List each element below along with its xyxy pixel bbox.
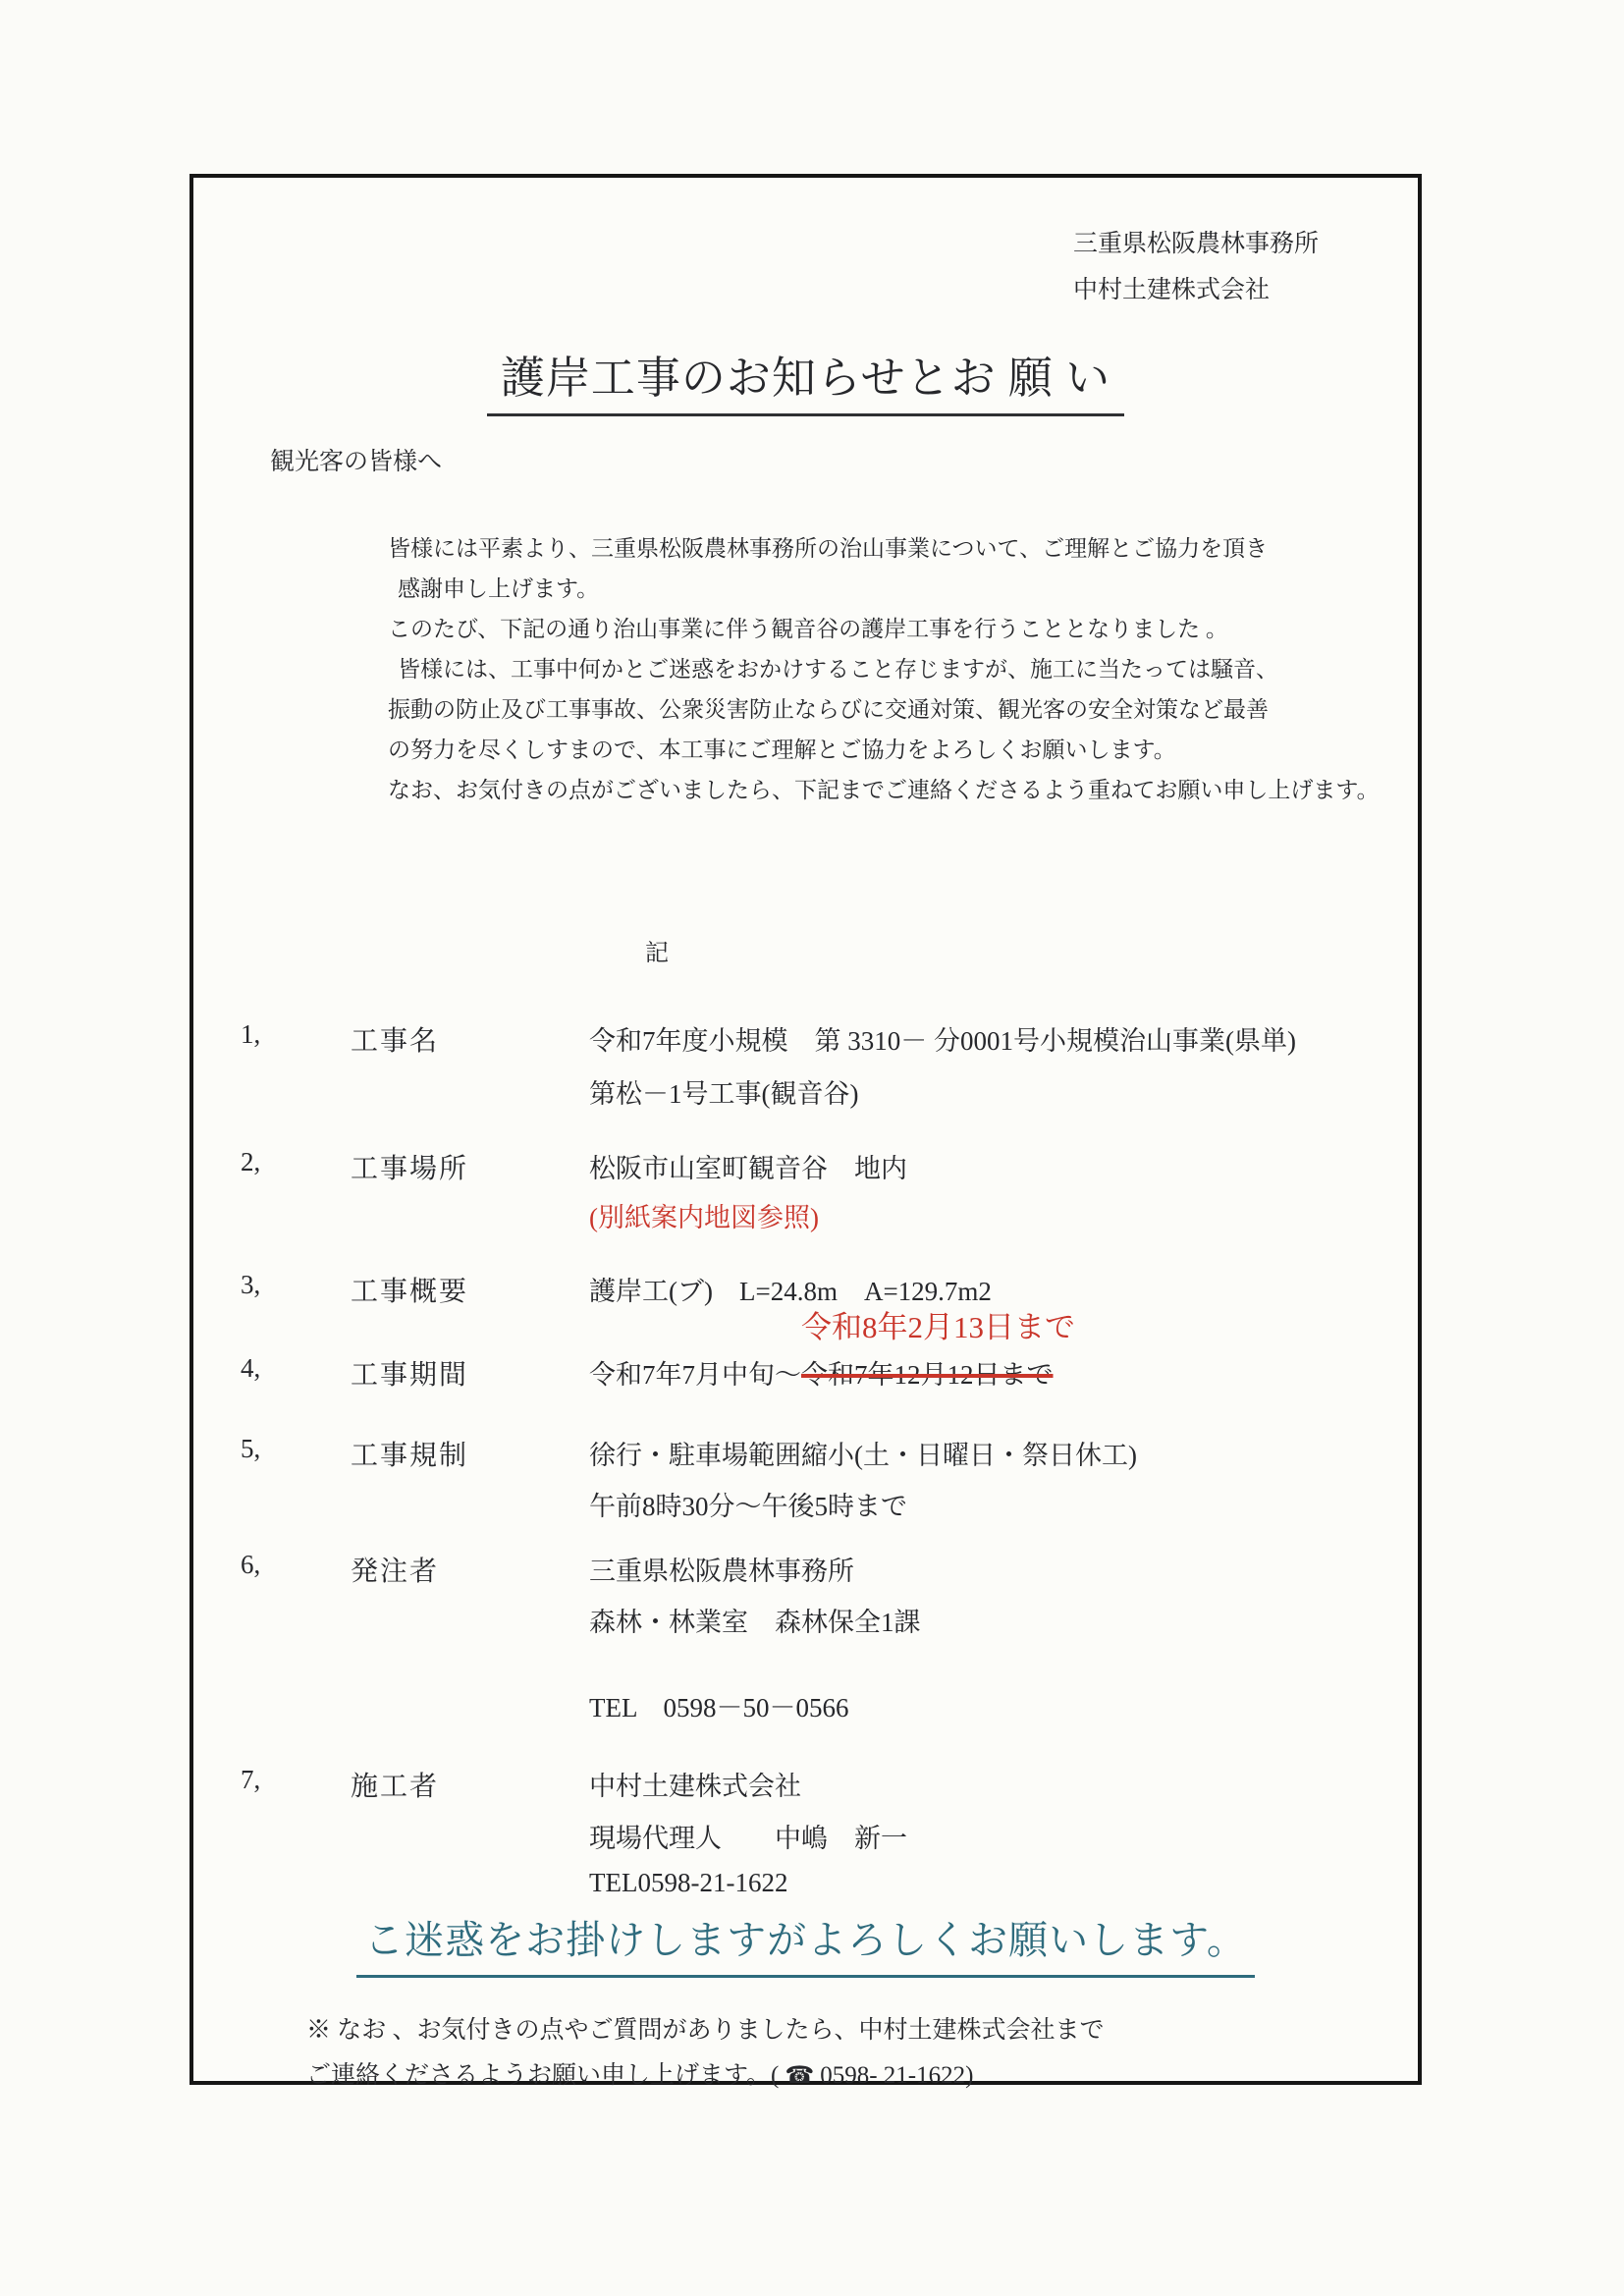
item-label: 施工者 bbox=[351, 1765, 439, 1804]
item-number: 1, bbox=[241, 1019, 260, 1050]
footer-note-pre: ご連絡くださるようお願い申し上げます。( bbox=[306, 2062, 779, 2089]
footer-phone-number: 0598- 21-1622) bbox=[820, 2062, 973, 2089]
header-org-prefecture: 三重県松阪農林事務所 bbox=[1073, 221, 1319, 267]
notice-border-frame: 三重県松阪農林事務所 中村土建株式会社 護岸工事のお知らせとお 願 い 観光客の… bbox=[189, 174, 1422, 2085]
body-line: 感謝申し上げます。 bbox=[388, 569, 1380, 609]
item-value-line: 松阪市山室町観音谷 地内 bbox=[589, 1147, 907, 1185]
item-label: 工事規制 bbox=[351, 1434, 468, 1473]
scanned-notice-page: { "document": { "colors": { "ink": "#262… bbox=[0, 0, 1624, 2296]
body-line: 皆様には平素より、三重県松阪農林事務所の治山事業について、ご理解とご協力を頂き bbox=[388, 528, 1380, 569]
item-value-line: 中村土建株式会社 bbox=[589, 1765, 801, 1803]
item-number: 4, bbox=[241, 1353, 260, 1384]
item-label: 工事期間 bbox=[351, 1353, 468, 1393]
body-line: なお、お気付きの点がございましたら、下記までご連絡くださるよう重ねてお願い申し上… bbox=[388, 770, 1380, 810]
item-label: 発注者 bbox=[351, 1550, 439, 1589]
item-value-line: 第松－1号工事(観音谷) bbox=[589, 1072, 858, 1111]
header-organizations: 三重県松阪農林事務所 中村土建株式会社 bbox=[1073, 221, 1319, 313]
notice-title: 護岸工事のお知らせとお 願 い bbox=[487, 342, 1124, 416]
item-value-line: 現場代理人 中嶋 新一 bbox=[589, 1817, 907, 1855]
footer-note-line-2: ご連絡くださるようお願い申し上げます。(☎0598- 21-1622) bbox=[306, 2055, 973, 2091]
item-number: 7, bbox=[241, 1765, 260, 1795]
salutation: 観光客の皆様へ bbox=[270, 442, 442, 477]
item-value-line: 令和7年度小規模 第 3310－ 分0001号小規模治山事業(県単) bbox=[589, 1019, 1296, 1058]
period-correction: 令和8年2月13日まで bbox=[801, 1302, 1075, 1346]
item-number: 2, bbox=[241, 1147, 260, 1177]
item-value-line: 午前8時30分～午後5時まで bbox=[589, 1485, 907, 1523]
item-value-line: TEL 0598－50－0566 bbox=[589, 1686, 848, 1724]
header-org-company: 中村土建株式会社 bbox=[1073, 267, 1319, 313]
item-label: 工事名 bbox=[351, 1019, 439, 1059]
item-value-line: 森林・林業室 森林保全1課 bbox=[589, 1601, 921, 1639]
item-value-line: 徐行・駐車場範囲縮小(土・日曜日・祭日休工) bbox=[589, 1434, 1137, 1472]
title-row: 護岸工事のお知らせとお 願 い bbox=[193, 342, 1418, 416]
item-number: 6, bbox=[241, 1550, 260, 1580]
ki-marker: 記 bbox=[645, 933, 671, 967]
period-struck: 令和7年12月12日まで bbox=[801, 1360, 1054, 1390]
body-line: 振動の防止及び工事事故、公衆災害防止ならびに交通対策、観光客の安全対策など最善 bbox=[388, 689, 1380, 730]
item-value-line: TEL0598-21-1622 bbox=[589, 1868, 787, 1898]
body-line: の努力を尽くしすまので、本工事にご理解とご協力をよろしくお願いします。 bbox=[388, 730, 1380, 770]
period-prefix: 令和7年7月中旬～ bbox=[589, 1360, 801, 1390]
item-label: 工事概要 bbox=[351, 1270, 468, 1309]
phone-icon: ☎ bbox=[779, 2061, 820, 2089]
highlight-row: こ迷惑をお掛けしますがよろしくお願いします。 bbox=[193, 1909, 1418, 1978]
footer-note-line-1: ※ なお 、お気付きの点やご質問がありましたら、中村土建株式会社まで bbox=[306, 2010, 1105, 2046]
item-value-line: 令和7年7月中旬～令和7年12月12日まで bbox=[589, 1353, 1054, 1392]
body-paragraph: 皆様には平素より、三重県松阪農林事務所の治山事業について、ご理解とご協力を頂き … bbox=[388, 528, 1380, 810]
item-label: 工事場所 bbox=[351, 1147, 468, 1186]
item-number: 3, bbox=[241, 1270, 260, 1300]
map-reference-note: (別紙案内地図参照) bbox=[589, 1196, 819, 1234]
highlight-message: こ迷惑をお掛けしますがよろしくお願いします。 bbox=[356, 1909, 1255, 1978]
body-line: 皆様には、工事中何かとご迷惑をおかけすること存じますが、施工に当たっては騒音、 bbox=[388, 649, 1380, 689]
item-value-line: 三重県松阪農林事務所 bbox=[589, 1550, 854, 1588]
item-number: 5, bbox=[241, 1434, 260, 1464]
body-line: このたび、下記の通り治山事業に伴う観音谷の護岸工事を行うこととなりました 。 bbox=[388, 609, 1380, 649]
